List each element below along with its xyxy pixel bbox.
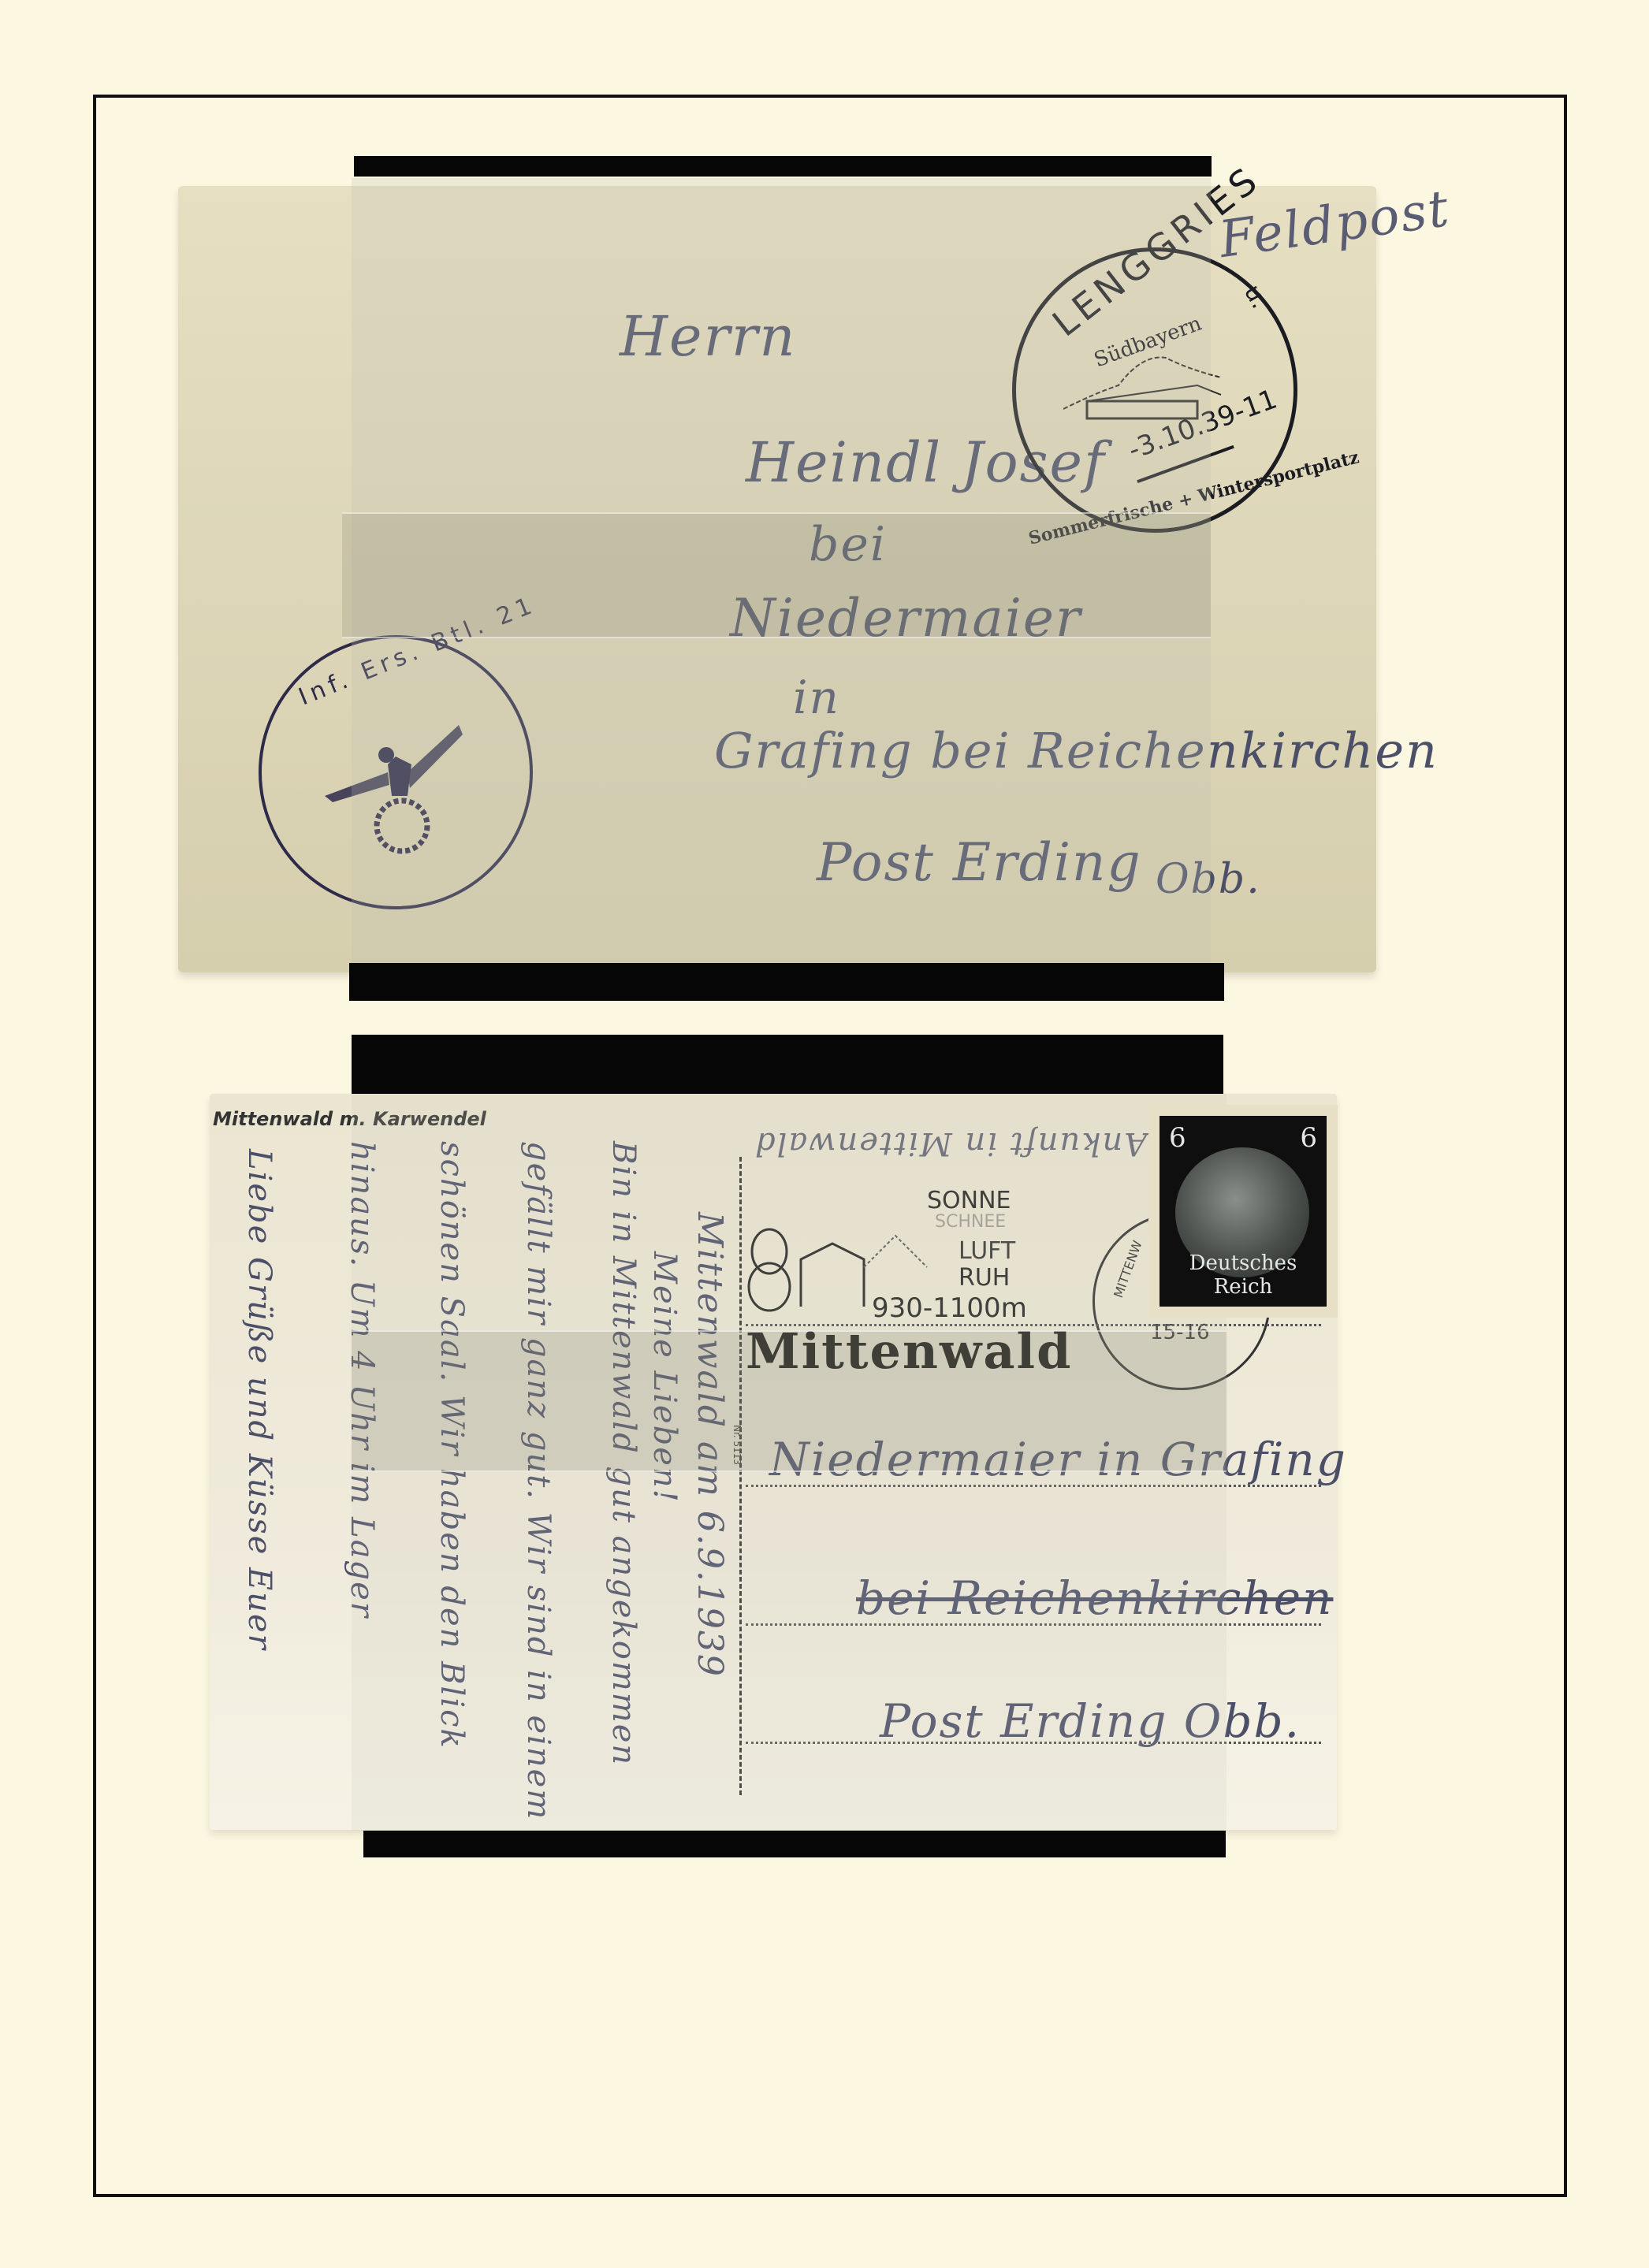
stamp-value-right: 6 [1300, 1122, 1317, 1154]
stamp-design: 6 6 Deutsches Reich [1160, 1116, 1327, 1307]
mount-strip-top-1 [354, 156, 1212, 177]
stamp-country: Deutsches Reich [1160, 1251, 1327, 1299]
postage-stamp[interactable]: 6 6 Deutsches Reich [1148, 1105, 1338, 1318]
message-line: Liebe Grüße und Küsse Euer [241, 1149, 277, 1651]
mount-strip-bottom-2 [363, 1831, 1226, 1857]
envelope[interactable]: Herrn Heindl Josef bei Niedermaier in Gr… [178, 186, 1376, 972]
stamp-value-left: 6 [1169, 1122, 1186, 1154]
mount-strip-bottom-1 [349, 963, 1224, 1001]
mount-hinge-band [342, 512, 1211, 638]
mount-strip-top-2 [352, 1035, 1223, 1103]
mount-hinge-band [352, 1330, 1227, 1472]
postmark-prefix: u. [1238, 280, 1274, 313]
